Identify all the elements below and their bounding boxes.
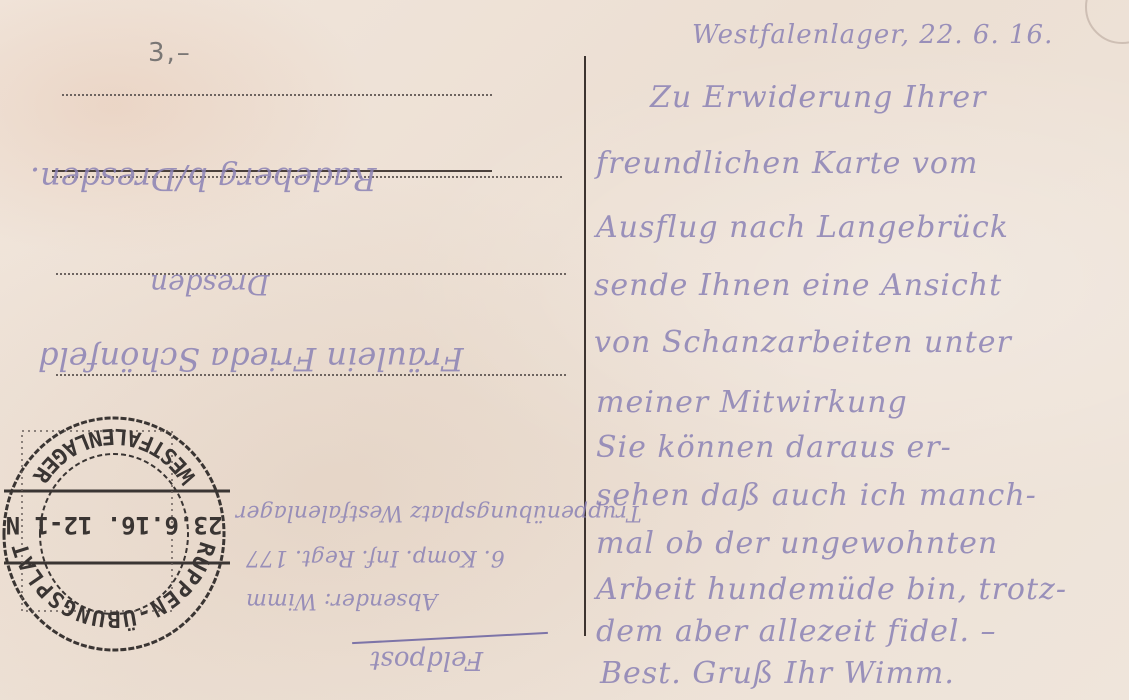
message-signature: Best. Gruß Ihr Wimm. (600, 656, 955, 691)
message-line-7: Sie können daraus er- (596, 430, 952, 465)
postmark-icon: WESTFALENLAGER 23.6.16. 12-1 N TRUPPEN-Ü… (0, 413, 230, 659)
postmark-stamp: WESTFALENLAGER 23.6.16. 12-1 N TRUPPEN-Ü… (0, 413, 230, 659)
underline-mark (352, 632, 548, 644)
message-line-3: Ausflug nach Langebrück (596, 210, 1009, 245)
address-dotted-line-3 (56, 273, 566, 275)
message-line-6: meiner Mitwirkung (596, 385, 908, 420)
message-line-2: freundlichen Karte vom (596, 146, 978, 181)
address-line-region: Dresden (150, 268, 269, 301)
svg-text:TRUPPEN-ÜBUNGSPLATZ: TRUPPEN-ÜBUNGSPLATZ (8, 539, 230, 659)
message-line-1: Zu Erwiderung Ihrer (650, 80, 987, 115)
message-header: Westfalenlager, 22. 6. 16. (692, 20, 1053, 50)
message-line-10: Arbeit hundemüde bin, trotz- (596, 572, 1067, 607)
sender-note-line-3: Truppenübungsplatz Westfalenlager (236, 500, 642, 525)
address-line-city: Radeberg b/Dresden. (30, 160, 376, 198)
corner-wear (1085, 0, 1129, 44)
price-mark: 3,– (148, 38, 192, 68)
center-divider (584, 56, 586, 636)
svg-text:23.6.16. 12-1 N: 23.6.16. 12-1 N (6, 511, 223, 539)
svg-text:WESTFALENLAGER: WESTFALENLAGER (27, 423, 202, 488)
postcard-back: 3,– Radeberg b/Dresden. Dresden Fräulein… (0, 0, 1129, 700)
feldpost-label: Feldpost (370, 645, 483, 675)
message-line-5: von Schanzarbeiten unter (594, 325, 1012, 360)
message-line-4: sende Ihnen eine Ansicht (594, 268, 1002, 303)
sender-note-line-1: Absender: Wimm (246, 588, 437, 613)
address-dotted-line-1 (62, 94, 492, 96)
message-line-9: mal ob der ungewohnten (596, 526, 998, 561)
message-line-11: dem aber allezeit fidel. – (596, 614, 997, 649)
sender-note-line-2: 6. Komp. Inf. Regt. 177 (246, 545, 505, 570)
message-line-8: sehen daß auch ich manch- (596, 478, 1037, 513)
address-line-recipient: Fräulein Frieda Schönfeld (38, 340, 464, 378)
